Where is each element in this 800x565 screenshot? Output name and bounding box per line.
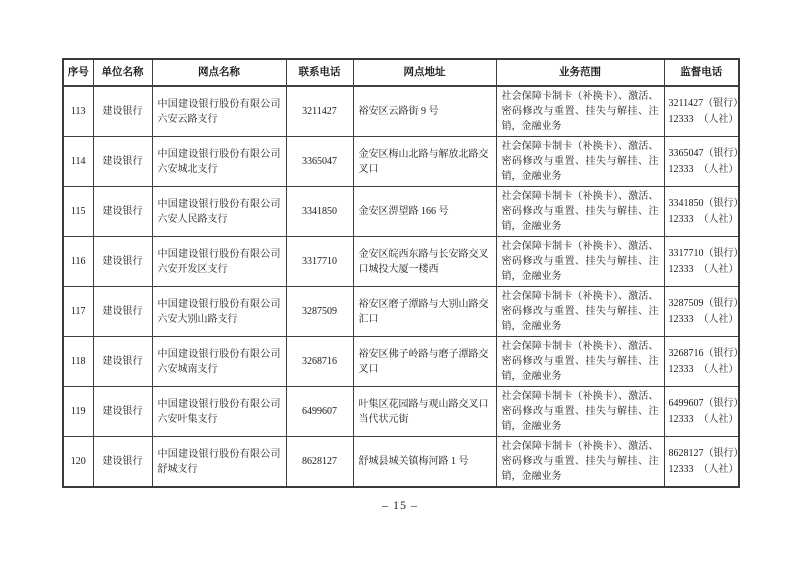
- supervision-social-line: 12333 （人社）: [669, 212, 736, 228]
- table-row: 115 建设银行 中国建设银行股份有限公司六安人民路支行 3341850 金安区…: [63, 187, 739, 237]
- table-row: 114 建设银行 中国建设银行股份有限公司六安城北支行 3365047 金安区梅…: [63, 137, 739, 187]
- supervision-social-line: 12333 （人社）: [669, 412, 736, 428]
- cell-address: 叶集区花园路与观山路交叉口当代状元街: [353, 387, 496, 437]
- cell-index: 119: [63, 387, 93, 437]
- cell-unit-name: 建设银行: [93, 237, 152, 287]
- cell-index: 117: [63, 287, 93, 337]
- cell-unit-name: 建设银行: [93, 137, 152, 187]
- cell-unit-name: 建设银行: [93, 437, 152, 488]
- cell-business-scope: 社会保障卡制卡（补换卡）、激活、密码修改与重置、挂失与解挂、注销，金融业务: [496, 387, 664, 437]
- supervision-social-line: 12333 （人社）: [669, 112, 736, 128]
- cell-business-scope: 社会保障卡制卡（补换卡）、激活、密码修改与重置、挂失与解挂、注销，金融业务: [496, 337, 664, 387]
- supervision-social-line: 12333 （人社）: [669, 312, 736, 328]
- cell-address: 裕安区磨子潭路与大别山路交汇口: [353, 287, 496, 337]
- cell-business-scope: 社会保障卡制卡（补换卡）、激活、密码修改与重置、挂失与解挂、注销，金融业务: [496, 86, 664, 137]
- cell-index: 114: [63, 137, 93, 187]
- col-header-index: 序号: [63, 59, 93, 86]
- cell-supervision-phone: 3317710（银行） 12333 （人社）: [664, 237, 739, 287]
- page-number: – 15 –: [0, 498, 800, 513]
- cell-supervision-phone: 3211427（银行） 12333 （人社）: [664, 86, 739, 137]
- cell-contact-phone: 3268716: [286, 337, 353, 387]
- cell-address: 金安区梅山北路与解放北路交叉口: [353, 137, 496, 187]
- cell-unit-name: 建设银行: [93, 86, 152, 137]
- cell-index: 113: [63, 86, 93, 137]
- supervision-social-line: 12333 （人社）: [669, 162, 736, 178]
- cell-business-scope: 社会保障卡制卡（补换卡）、激活、密码修改与重置、挂失与解挂、注销，金融业务: [496, 237, 664, 287]
- table-row: 119 建设银行 中国建设银行股份有限公司六安叶集支行 6499607 叶集区花…: [63, 387, 739, 437]
- cell-branch-name: 中国建设银行股份有限公司六安开发区支行: [152, 237, 286, 287]
- service-network-table: 序号 单位名称 网点名称 联系电话 网点地址 业务范围 监督电话 113 建设银…: [62, 58, 740, 488]
- cell-address: 舒城县城关镇梅河路 1 号: [353, 437, 496, 488]
- supervision-bank-line: 3287509（银行）: [669, 296, 736, 312]
- cell-supervision-phone: 3287509（银行） 12333 （人社）: [664, 287, 739, 337]
- cell-contact-phone: 3287509: [286, 287, 353, 337]
- cell-contact-phone: 8628127: [286, 437, 353, 488]
- cell-branch-name: 中国建设银行股份有限公司六安人民路支行: [152, 187, 286, 237]
- cell-business-scope: 社会保障卡制卡（补换卡）、激活、密码修改与重置、挂失与解挂、注销，金融业务: [496, 187, 664, 237]
- col-header-contact-phone: 联系电话: [286, 59, 353, 86]
- cell-unit-name: 建设银行: [93, 387, 152, 437]
- cell-branch-name: 中国建设银行股份有限公司六安叶集支行: [152, 387, 286, 437]
- cell-contact-phone: 3211427: [286, 86, 353, 137]
- col-header-supervision-phone: 监督电话: [664, 59, 739, 86]
- cell-unit-name: 建设银行: [93, 287, 152, 337]
- supervision-bank-line: 6499607（银行）: [669, 396, 736, 412]
- cell-business-scope: 社会保障卡制卡（补换卡）、激活、密码修改与重置、挂失与解挂、注销，金融业务: [496, 437, 664, 488]
- col-header-address: 网点地址: [353, 59, 496, 86]
- supervision-bank-line: 3317710（银行）: [669, 246, 736, 262]
- col-header-unit-name: 单位名称: [93, 59, 152, 86]
- cell-index: 115: [63, 187, 93, 237]
- col-header-business-scope: 业务范围: [496, 59, 664, 86]
- cell-supervision-phone: 6499607（银行） 12333 （人社）: [664, 387, 739, 437]
- cell-index: 116: [63, 237, 93, 287]
- cell-branch-name: 中国建设银行股份有限公司六安城北支行: [152, 137, 286, 187]
- cell-supervision-phone: 8628127（银行） 12333 （人社）: [664, 437, 739, 488]
- cell-contact-phone: 3341850: [286, 187, 353, 237]
- cell-supervision-phone: 3341850（银行） 12333 （人社）: [664, 187, 739, 237]
- cell-index: 118: [63, 337, 93, 387]
- supervision-bank-line: 3341850（银行）: [669, 196, 736, 212]
- supervision-bank-line: 3211427（银行）: [669, 96, 736, 112]
- cell-unit-name: 建设银行: [93, 187, 152, 237]
- cell-supervision-phone: 3365047（银行） 12333 （人社）: [664, 137, 739, 187]
- cell-contact-phone: 6499607: [286, 387, 353, 437]
- cell-address: 裕安区佛子岭路与磨子潭路交叉口: [353, 337, 496, 387]
- document-page: 序号 单位名称 网点名称 联系电话 网点地址 业务范围 监督电话 113 建设银…: [0, 0, 800, 565]
- supervision-social-line: 12333 （人社）: [669, 362, 736, 378]
- table-row: 116 建设银行 中国建设银行股份有限公司六安开发区支行 3317710 金安区…: [63, 237, 739, 287]
- cell-address: 金安区皖西东路与长安路交叉口城投大厦一楼西: [353, 237, 496, 287]
- supervision-bank-line: 8628127（银行）: [669, 446, 736, 462]
- supervision-bank-line: 3268716（银行）: [669, 346, 736, 362]
- supervision-social-line: 12333 （人社）: [669, 462, 736, 478]
- col-header-branch-name: 网点名称: [152, 59, 286, 86]
- table-row: 120 建设银行 中国建设银行股份有限公司舒城支行 8628127 舒城县城关镇…: [63, 437, 739, 488]
- header-row: 序号 单位名称 网点名称 联系电话 网点地址 业务范围 监督电话: [63, 59, 739, 86]
- cell-contact-phone: 3317710: [286, 237, 353, 287]
- supervision-social-line: 12333 （人社）: [669, 262, 736, 278]
- cell-supervision-phone: 3268716（银行） 12333 （人社）: [664, 337, 739, 387]
- cell-unit-name: 建设银行: [93, 337, 152, 387]
- cell-branch-name: 中国建设银行股份有限公司舒城支行: [152, 437, 286, 488]
- cell-business-scope: 社会保障卡制卡（补换卡）、激活、密码修改与重置、挂失与解挂、注销，金融业务: [496, 137, 664, 187]
- cell-branch-name: 中国建设银行股份有限公司六安大别山路支行: [152, 287, 286, 337]
- cell-address: 金安区淠望路 166 号: [353, 187, 496, 237]
- cell-branch-name: 中国建设银行股份有限公司六安云路支行: [152, 86, 286, 137]
- table-row: 117 建设银行 中国建设银行股份有限公司六安大别山路支行 3287509 裕安…: [63, 287, 739, 337]
- cell-business-scope: 社会保障卡制卡（补换卡）、激活、密码修改与重置、挂失与解挂、注销，金融业务: [496, 287, 664, 337]
- table-body: 113 建设银行 中国建设银行股份有限公司六安云路支行 3211427 裕安区云…: [63, 86, 739, 487]
- cell-index: 120: [63, 437, 93, 488]
- table-row: 113 建设银行 中国建设银行股份有限公司六安云路支行 3211427 裕安区云…: [63, 86, 739, 137]
- cell-branch-name: 中国建设银行股份有限公司六安城南支行: [152, 337, 286, 387]
- supervision-bank-line: 3365047（银行）: [669, 146, 736, 162]
- cell-contact-phone: 3365047: [286, 137, 353, 187]
- table-row: 118 建设银行 中国建设银行股份有限公司六安城南支行 3268716 裕安区佛…: [63, 337, 739, 387]
- cell-address: 裕安区云路街 9 号: [353, 86, 496, 137]
